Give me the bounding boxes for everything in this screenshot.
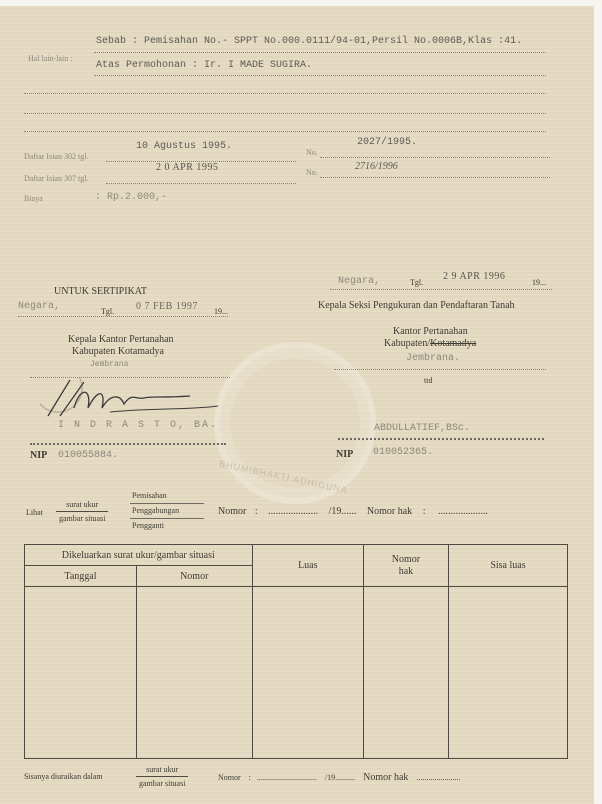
lihat-frac-bottom: gambar situasi — [56, 512, 108, 525]
table-col-luas: Luas — [252, 545, 363, 587]
right-ttd: ttd — [424, 376, 432, 385]
remarks-line-3-dots — [24, 92, 546, 94]
right-place: Negara, — [338, 276, 380, 287]
lihat-opt-penggabungan: Penggabungan — [132, 506, 179, 515]
footer-frac-bottom: gambar situasi — [136, 777, 188, 790]
table-cell-nomor-hak[interactable] — [364, 587, 449, 759]
table-row — [25, 587, 568, 759]
right-nip-value: 010052365. — [373, 447, 433, 458]
daftar-307-no: 2716/1996 — [355, 161, 398, 172]
left-signer-name: I N D R A S T O, BA. — [58, 420, 218, 431]
table-col-nomor-hak-1: Nomor — [392, 554, 420, 565]
lihat-nomor-label: Nomor : .................... /19...... N… — [218, 506, 488, 517]
right-title-1: Kepala Seksi Pengukuran dan Pendaftaran … — [318, 300, 515, 311]
daftar-307-no-label: No. — [306, 168, 318, 177]
remarks-line-5-dots — [24, 130, 546, 132]
lihat-opt-pengganti: Pengganti — [132, 521, 164, 530]
left-signer-dots — [30, 442, 226, 445]
daftar-302-date: 10 Agustus 1995. — [136, 141, 232, 152]
table-col-nomor-hak: Nomor hak — [364, 545, 449, 587]
left-nip-value: 010055884. — [58, 450, 118, 461]
lihat-frac-top: surat ukur — [56, 498, 108, 512]
footer-frac-top: surat ukur — [136, 763, 188, 777]
daftar-302-no: 2027/1995. — [357, 137, 417, 148]
footer-year: /19.......... — [325, 773, 355, 782]
table-cell-luas[interactable] — [252, 587, 363, 759]
right-title-2: Kantor Pertanahan — [393, 326, 468, 337]
left-year: 19... — [214, 307, 228, 316]
lihat-nomor-hak-dots: .................... — [438, 506, 488, 517]
left-title-kotamadya: Kotamadya — [118, 346, 164, 357]
left-place: Negara, — [18, 301, 60, 312]
right-signer-dots — [338, 437, 544, 440]
left-title-kabupaten: Kabupaten — [72, 346, 115, 357]
right-date-dots — [330, 288, 552, 290]
daftar-307-no-dots — [320, 176, 550, 178]
lihat-year: /19...... — [329, 506, 357, 517]
right-signer-name: ABDULLATIEF,BSc. — [374, 423, 470, 434]
left-title-2: Kabupaten Kotamadya — [72, 346, 164, 357]
table-cell-tanggal[interactable] — [25, 587, 137, 759]
remarks-line-1-dots — [94, 51, 546, 53]
lihat-opt-divider-1 — [130, 503, 204, 504]
lihat-nomor-hak-label: Nomor hak — [367, 506, 412, 517]
footer-nomor-hak-label: Nomor hak — [363, 772, 408, 783]
lihat-opt-pemisahan: Pemisahan — [132, 491, 167, 500]
lihat-opt-divider-2 — [130, 518, 204, 519]
remarks-line-1: Sebab : Pemisahan No.- SPPT No.000.0111/… — [96, 36, 522, 47]
lihat-nomor-text: Nomor — [218, 506, 246, 517]
table-col-tanggal: Tanggal — [25, 566, 137, 587]
footer-nomor-hak-dots: ...................... — [416, 773, 460, 782]
daftar-307-date-dots — [106, 182, 296, 184]
footer-nomor-sep: : — [249, 773, 251, 782]
right-tgl-label: Tgl. — [410, 278, 423, 287]
left-place-name: Jembrana — [90, 360, 128, 369]
table-group-header: Dikeluarkan surat ukur/gambar situasi — [25, 545, 253, 566]
right-place-dots — [334, 368, 546, 370]
table-col-nomor-hak-2: hak — [399, 566, 413, 577]
footer-nomor-row: Nomor : .............................. /… — [218, 772, 460, 783]
right-date-stamp: 2 9 APR 1996 — [443, 271, 505, 282]
right-title-3: Kabupaten/Kotamadya — [384, 338, 476, 349]
footer-label: Sisanya diuraikan dalam — [24, 772, 103, 781]
lihat-nomor-dots: .................... — [268, 506, 318, 517]
untuk-sertipikat-heading: UNTUK SERTIPIKAT — [54, 286, 147, 297]
biaya-label: Biaya — [24, 194, 43, 203]
footer-fraction: surat ukur gambar situasi — [136, 763, 188, 790]
right-title-kotamadya-struck: Kotamadya — [430, 338, 476, 349]
lihat-nomor-hak-sep: : — [423, 506, 426, 517]
table-cell-nomor[interactable] — [136, 587, 252, 759]
table-col-nomor: Nomor — [136, 566, 252, 587]
document-page: Hal lain-lain : Sebab : Pemisahan No.- S… — [0, 6, 594, 804]
left-title-1: Kepala Kantor Pertanahan — [68, 334, 174, 345]
left-nip-label: NIP — [30, 450, 47, 461]
signature-indrasto — [40, 378, 230, 418]
lihat-fraction: surat ukur gambar situasi — [56, 498, 108, 525]
table-col-sisa-luas: Sisa luas — [448, 545, 567, 587]
right-place-name: Jembrana. — [406, 353, 460, 364]
right-nip-label: NIP — [336, 449, 353, 460]
remarks-line-4-dots — [24, 112, 546, 114]
left-date-dots — [18, 315, 228, 317]
right-title-kabupaten: Kabupaten/ — [384, 338, 430, 349]
daftar-307-label: Daftar Isian 307 tgl. — [24, 174, 88, 183]
lihat-nomor-sep: : — [255, 506, 258, 517]
daftar-307-date-stamp: 2 0 APR 1995 — [156, 162, 218, 173]
left-date-stamp: 0 7 FEB 1997 — [136, 301, 198, 312]
daftar-302-no-dots — [320, 156, 550, 158]
daftar-302-label: Daftar Isian 302 tgl. — [24, 152, 88, 161]
lihat-label: Lihat — [26, 508, 43, 517]
footer-nomor-label: Nomor — [218, 773, 241, 782]
daftar-302-no-label: No. — [306, 148, 318, 157]
footer-nomor-dots: .............................. — [257, 773, 317, 782]
remarks-line-2: Atas Permohonan : Ir. I MADE SUGIRA. — [96, 60, 312, 71]
right-year: 19... — [532, 278, 546, 287]
biaya-value: : Rp.2.000,- — [95, 192, 167, 203]
remarks-line-2-dots — [94, 74, 546, 76]
hal-lain-label: Hal lain-lain : — [28, 54, 72, 63]
survey-letter-table: Dikeluarkan surat ukur/gambar situasi Lu… — [24, 544, 568, 759]
left-tgl-label: Tgl. — [101, 307, 114, 316]
table-cell-sisa-luas[interactable] — [448, 587, 567, 759]
